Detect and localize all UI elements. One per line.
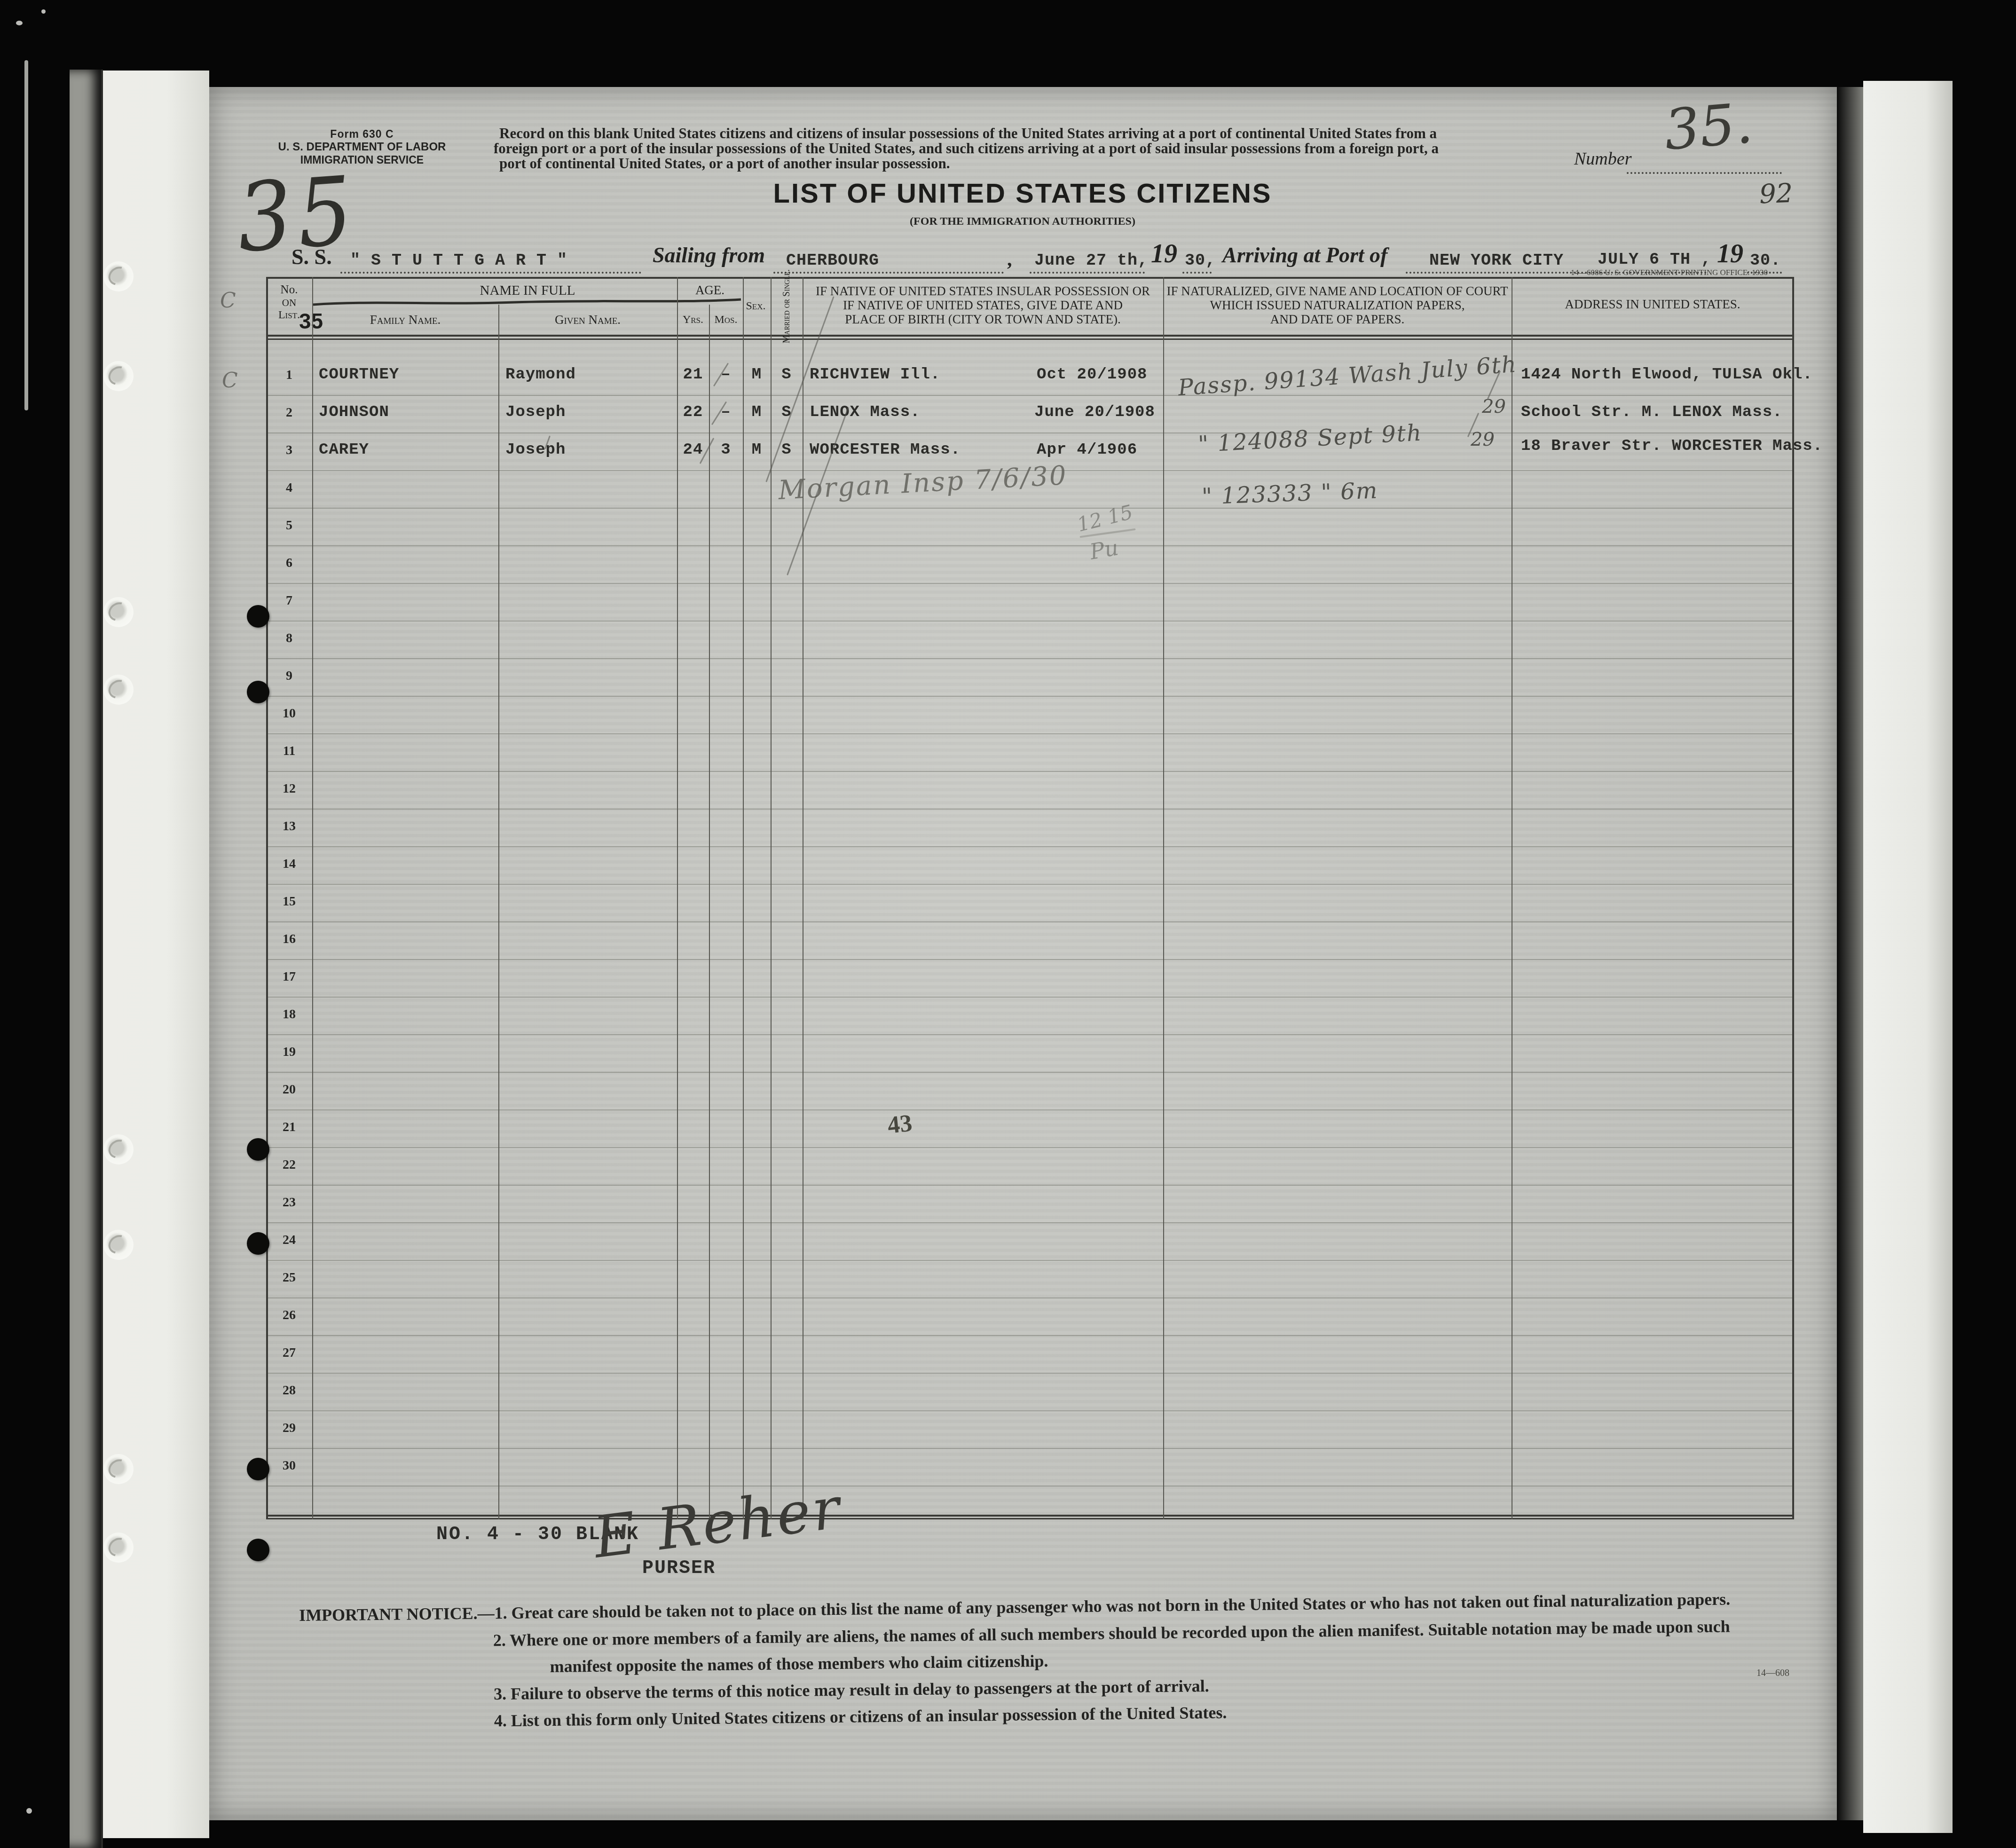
column-line	[1163, 277, 1164, 1519]
comma-separator: ,	[1007, 248, 1012, 271]
row-number: 22	[266, 1157, 312, 1172]
column-line	[312, 277, 313, 1519]
column-line	[709, 305, 710, 1519]
document-page	[209, 87, 1837, 1820]
sailing-date-underline	[1030, 272, 1145, 274]
number-value-handwritten: 35.	[1662, 90, 1755, 163]
signature-title: PURSER	[642, 1558, 716, 1579]
row-line	[268, 395, 1792, 396]
margin-mark: C	[222, 369, 238, 393]
col-header-given-name: Given Name.	[498, 313, 677, 327]
film-speck	[26, 1808, 32, 1814]
cell-age-mos: 3	[709, 441, 743, 459]
column-line	[803, 277, 803, 1519]
cell-address: 1424 North Elwood, TULSA Okl.	[1521, 366, 1813, 384]
ss-label: S. S.	[291, 244, 332, 269]
arrival-year: 30.	[1750, 251, 1781, 270]
row-number: 8	[266, 631, 312, 646]
punch-dot	[247, 605, 269, 628]
page-edge-shadow	[1836, 87, 1864, 1820]
cell-given-name: Raymond	[505, 366, 576, 384]
row-number: 7	[266, 593, 312, 608]
cell-age-mos: –	[709, 403, 743, 421]
sailing-port: CHERBOURG	[786, 251, 879, 270]
cell-birth-date: Oct 20/1908	[1037, 366, 1147, 384]
row-line	[268, 508, 1792, 509]
row-line	[268, 1298, 1792, 1298]
cell-birth-date: Apr 4/1906	[1037, 441, 1137, 459]
row-number: 1	[266, 368, 312, 383]
cell-birth-place: RICHVIEW Ill.	[810, 366, 940, 384]
cell-address: 18 Braver Str. WORCESTER Mass.	[1521, 437, 1823, 455]
column-line	[743, 277, 744, 1519]
film-edge-strip	[70, 70, 102, 1848]
punch-dot	[247, 1138, 269, 1161]
col-header-mos: Mos.	[709, 314, 743, 326]
cell-age-yrs: 22	[677, 403, 709, 421]
row-number: 27	[266, 1345, 312, 1360]
faint-annotation-b: Pu	[1088, 535, 1120, 565]
row-number: 19	[266, 1045, 312, 1060]
row-line	[268, 583, 1792, 584]
punch-hole	[103, 1230, 134, 1260]
punch-hole	[103, 597, 134, 627]
sailing-year-underline	[1182, 272, 1212, 274]
column-line	[677, 277, 678, 1519]
row-line	[268, 1260, 1792, 1261]
cell-given-name: Joseph	[505, 403, 566, 421]
table-bottom-rule-2	[266, 1518, 1794, 1519]
count-stamp: 43	[886, 1109, 913, 1139]
arriving-label: Arriving at Port of	[1222, 243, 1387, 267]
column-line	[498, 305, 499, 1519]
punch-hole	[103, 1134, 134, 1164]
row-line	[268, 1109, 1792, 1110]
row-number: 5	[266, 518, 312, 533]
row-number: 28	[266, 1383, 312, 1398]
cell-naturalization-year: 29	[1471, 429, 1495, 450]
number-underline	[1627, 172, 1782, 174]
row-line	[268, 545, 1792, 546]
row-line	[268, 696, 1792, 697]
table-bottom-rule-1	[266, 1515, 1794, 1517]
col-header-naturalized-1: IF NATURALIZED, GIVE NAME AND LOCATION O…	[1163, 284, 1512, 299]
row-line	[268, 1072, 1792, 1073]
arrival-date: JULY 6 TH ,	[1598, 250, 1711, 269]
row-line	[268, 1147, 1792, 1148]
col-header-on: ON	[266, 297, 312, 309]
row-line	[268, 959, 1792, 960]
row-number: 26	[266, 1308, 312, 1323]
microfilm-frame: Form 630 C U. S. DEPARTMENT OF LABOR IMM…	[0, 0, 2016, 1848]
row-line	[268, 1034, 1792, 1035]
sheet-number-pencil: 35	[299, 308, 323, 334]
row-number: 24	[266, 1233, 312, 1248]
col-header-yrs: Yrs.	[677, 314, 709, 326]
cell-birth-date: June 20/1908	[1034, 403, 1155, 421]
cell-sex: M	[743, 366, 771, 384]
row-line	[268, 771, 1792, 772]
row-line	[268, 809, 1792, 810]
cell-family-name: CAREY	[319, 441, 369, 459]
film-scratch	[24, 60, 28, 410]
page-title: LIST OF UNITED STATES CITIZENS	[505, 178, 1540, 209]
cell-sex: M	[743, 441, 771, 459]
row-number: 18	[266, 1007, 312, 1022]
cell-family-name: JOHNSON	[319, 403, 389, 421]
sailing-port-underline	[773, 272, 1004, 274]
cell-sex: M	[743, 403, 771, 421]
row-number: 6	[266, 556, 312, 571]
sailing-year: 30,	[1185, 251, 1216, 270]
arrival-year-printed: 19	[1717, 239, 1743, 269]
col-header-age: AGE.	[677, 283, 743, 298]
punch-hole	[103, 261, 134, 291]
table-top-border	[266, 277, 1794, 279]
cell-age-yrs: 21	[677, 366, 709, 384]
form-instructions-line2: foreign port or a port of the insular po…	[494, 141, 1584, 156]
col-header-naturalized-3: AND DATE OF PAPERS.	[1163, 312, 1512, 327]
row-number: 11	[266, 744, 312, 759]
row-number: 10	[266, 706, 312, 721]
row-number: 3	[266, 443, 312, 458]
row-line	[268, 1486, 1792, 1486]
row-number: 23	[266, 1195, 312, 1210]
sailing-year-printed: 19	[1151, 239, 1177, 269]
row-number: 14	[266, 857, 312, 872]
film-speck	[16, 21, 23, 25]
row-line	[268, 658, 1792, 659]
row-line	[268, 921, 1792, 922]
row-number: 4	[266, 480, 312, 495]
arrival-year-underline	[1747, 272, 1782, 274]
row-line	[268, 1373, 1792, 1374]
ship-name: " S T U T T G A R T "	[350, 251, 567, 270]
page-subtitle: (FOR THE IMMIGRATION AUTHORITIES)	[505, 215, 1540, 228]
form-instructions-line3: port of continental United States, or a …	[499, 156, 1576, 171]
cell-age-mos: –	[709, 366, 743, 384]
row-number: 9	[266, 668, 312, 684]
header-double-rule-1	[266, 335, 1794, 337]
col-header-address: ADDRESS IN UNITED STATES.	[1512, 297, 1794, 312]
punch-hole	[103, 675, 134, 705]
punch-hole	[103, 361, 134, 391]
row-number: 13	[266, 819, 312, 834]
row-number: 17	[266, 969, 312, 984]
column-line	[1792, 277, 1794, 1519]
hand-ruled-line	[312, 297, 743, 308]
form-id: Form 630 C	[301, 128, 423, 141]
form-instructions-line1: Record on this blank United States citiz…	[499, 126, 1576, 141]
cell-naturalization-year: 29	[1482, 396, 1506, 417]
row-line	[268, 1448, 1792, 1449]
number-label: Number	[1574, 149, 1631, 169]
sailing-from-label: Sailing from	[653, 243, 765, 267]
cell-birth-place: LENOX Mass.	[810, 403, 920, 421]
ship-name-underline	[340, 272, 641, 274]
sailing-date: June 27 th,	[1034, 251, 1148, 270]
punch-dot	[247, 681, 269, 703]
row-line	[268, 997, 1792, 998]
department-name: U. S. DEPARTMENT OF LABOR	[261, 141, 463, 154]
row-line	[268, 733, 1792, 734]
row-line	[268, 1335, 1792, 1336]
punch-dot	[247, 1232, 269, 1255]
col-header-native-1: IF NATIVE OF UNITED STATES INSULAR POSSE…	[803, 284, 1163, 299]
arrival-port-underline	[1406, 272, 1707, 274]
page-stack-edge-right	[1863, 81, 1953, 1833]
frame-number: 92	[1759, 178, 1793, 210]
punch-dot	[247, 1458, 269, 1480]
col-header-sex: Sex.	[741, 300, 771, 313]
row-number: 25	[266, 1270, 312, 1285]
row-line	[268, 621, 1792, 621]
col-header-married-single: Married or Single.	[771, 278, 803, 335]
row-number: 29	[266, 1421, 312, 1436]
punch-dot	[247, 1539, 269, 1561]
row-number: 15	[266, 894, 312, 909]
row-line	[268, 433, 1792, 433]
film-speck	[41, 9, 46, 14]
col-header-no: No.	[266, 283, 312, 297]
cell-married-single: S	[771, 403, 803, 421]
margin-mark: C	[220, 289, 236, 313]
column-line	[1512, 277, 1512, 1519]
column-line	[771, 277, 772, 1519]
row-line	[268, 846, 1792, 847]
col-header-naturalized-2: WHICH ISSUED NATURALIZATION PAPERS,	[1163, 298, 1512, 313]
row-number: 12	[266, 781, 312, 796]
gpo-code: 14—608	[1756, 1668, 1789, 1679]
notice-label: IMPORTANT NOTICE.—	[299, 1604, 495, 1625]
col-header-family-name: Family Name.	[312, 313, 498, 327]
cell-address: School Str. M. LENOX Mass.	[1521, 403, 1783, 421]
header-double-rule-2	[266, 338, 1794, 340]
row-number: 20	[266, 1082, 312, 1097]
row-line	[268, 1222, 1792, 1223]
punch-hole	[103, 1533, 134, 1563]
cell-given-name: Joseph	[505, 441, 566, 459]
row-line	[268, 884, 1792, 885]
row-line	[268, 1410, 1792, 1411]
cell-family-name: COURTNEY	[319, 366, 399, 384]
col-header-native-3: PLACE OF BIRTH (CITY OR TOWN AND STATE).	[803, 312, 1163, 327]
row-number: 2	[266, 405, 312, 420]
arrival-port: NEW YORK CITY	[1429, 251, 1564, 270]
page-stack-edge-left	[103, 71, 209, 1838]
cell-married-single: S	[771, 366, 803, 384]
punch-hole	[103, 1454, 134, 1484]
row-line	[268, 1185, 1792, 1186]
row-number: 21	[266, 1120, 312, 1135]
col-header-native-2: IF NATIVE OF UNITED STATES, GIVE DATE AN…	[803, 298, 1163, 313]
row-number: 30	[266, 1458, 312, 1473]
column-line	[266, 277, 268, 1519]
row-number: 16	[266, 932, 312, 947]
